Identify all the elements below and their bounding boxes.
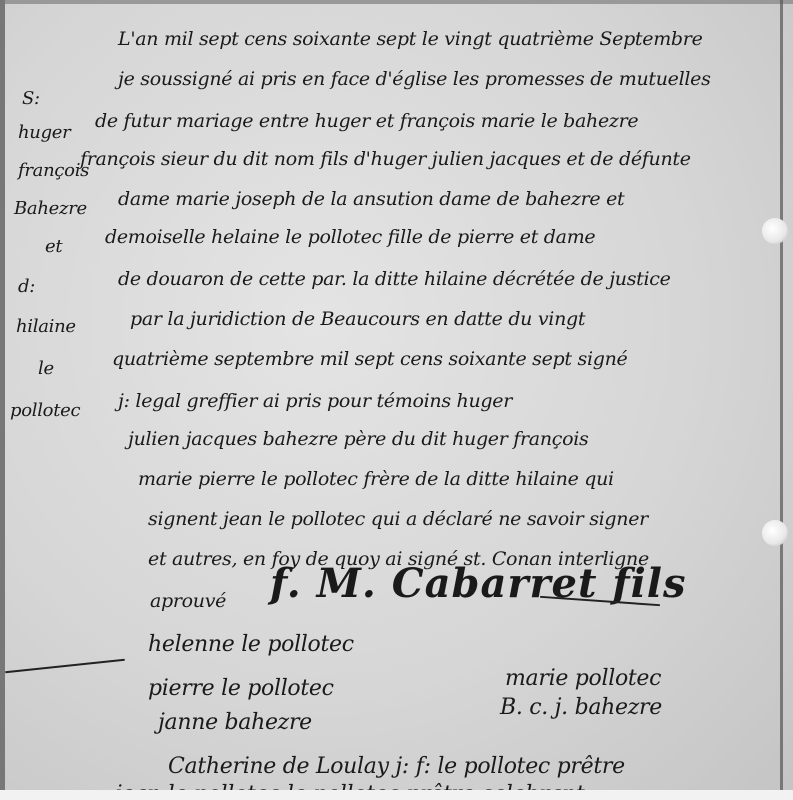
signature: Catherine de Loulay j: f: le pollotec pr… <box>168 754 625 779</box>
handwritten-line: julien jacques bahezre père du dit huger… <box>128 428 588 450</box>
page-edge-top <box>0 0 793 4</box>
binding-hole-icon <box>762 218 788 244</box>
margin-note: d: <box>18 276 35 297</box>
margin-note: huger <box>18 122 70 143</box>
page-edge-right <box>780 0 783 800</box>
handwritten-line: signent jean le pollotec qui a déclaré n… <box>148 508 648 530</box>
pen-stroke <box>5 659 125 674</box>
signature: pierre le pollotec <box>148 676 334 701</box>
signature: janne bahezre <box>158 710 312 735</box>
handwritten-line: dame marie joseph de la ansution dame de… <box>118 188 624 210</box>
handwritten-line: demoiselle helaine le pollotec fille de … <box>105 226 595 248</box>
handwritten-line: par la juridiction de Beaucours en datte… <box>130 308 585 330</box>
handwritten-line: de futur mariage entre huger et françois… <box>95 110 638 132</box>
margin-note: pollotec <box>10 400 80 421</box>
register-page: S:hugerfrançoisBahezreetd:hilainelepollo… <box>0 0 793 800</box>
page-edge-left <box>0 0 5 800</box>
handwritten-line: de douaron de cette par. la ditte hilain… <box>118 268 671 290</box>
margin-note: S: <box>22 88 40 109</box>
handwritten-line: françois sieur du dit nom fils d'huger j… <box>80 148 691 170</box>
handwritten-line: aprouvé <box>150 590 226 612</box>
margin-note: Bahezre <box>14 198 87 219</box>
page-bottom-edge <box>0 790 793 800</box>
signature: helenne le pollotec <box>148 632 354 657</box>
signature: B. c. j. bahezre <box>500 695 662 720</box>
handwritten-line: L'an mil sept cens soixante sept le ving… <box>118 28 703 50</box>
binding-hole-icon <box>762 520 788 546</box>
margin-note: françois <box>18 160 89 181</box>
handwritten-line: j: legal greffier ai pris pour témoins h… <box>118 390 512 412</box>
signature: f. M. Cabarret fils <box>270 560 687 607</box>
handwritten-line: marie pierre le pollotec frère de la dit… <box>138 468 614 490</box>
margin-note: et <box>45 236 62 257</box>
margin-note: le <box>38 358 54 379</box>
signature: marie pollotec <box>505 666 661 691</box>
margin-note: hilaine <box>16 316 76 337</box>
handwritten-line: quatrième septembre mil sept cens soixan… <box>112 348 627 370</box>
handwritten-line: je soussigné ai pris en face d'église le… <box>118 68 711 90</box>
